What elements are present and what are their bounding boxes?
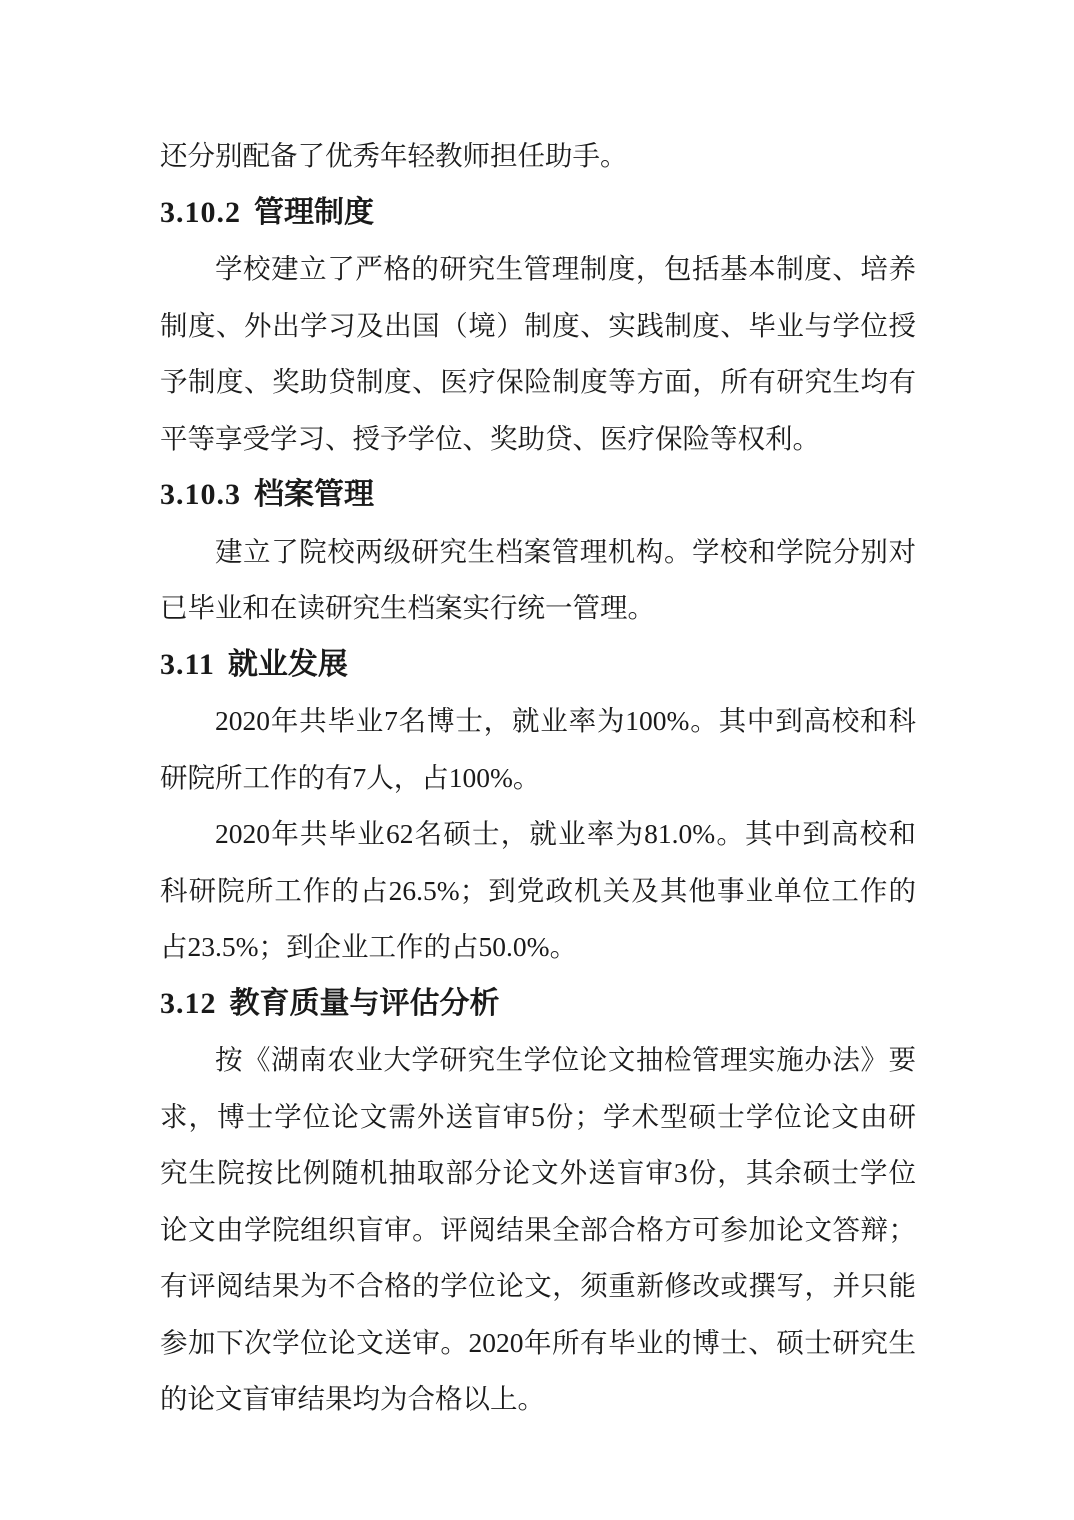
section-number: 3.10.3	[160, 478, 241, 511]
document-body: 还分别配备了优秀年轻教师担任助手。3.10.2管理制度学校建立了严格的研究生管理…	[160, 128, 916, 1428]
section-title: 就业发展	[228, 648, 348, 681]
paragraph-3: 建立了院校两级研究生档案管理机构。学校和学院分别对已毕业和在读研究生档案实行统一…	[160, 524, 916, 637]
section-number: 3.12	[160, 987, 217, 1020]
paragraph-5: 2020年共毕业62名硕士，就业率为81.0%。其中到高校和科研院所工作的占26…	[160, 806, 916, 976]
section-heading-3-10-3: 3.10.3档案管理	[160, 467, 916, 524]
section-heading-3-10-2: 3.10.2管理制度	[160, 185, 916, 242]
paragraph-2: 学校建立了严格的研究生管理制度，包括基本制度、培养制度、外出学习及出国（境）制度…	[160, 241, 916, 467]
paragraph-6: 按《湖南农业大学研究生学位论文抽检管理实施办法》要求，博士学位论文需外送盲审5份…	[160, 1032, 916, 1428]
section-heading-3-12: 3.12教育质量与评估分析	[160, 976, 916, 1033]
section-title: 管理制度	[254, 196, 374, 229]
section-number: 3.11	[160, 648, 215, 681]
section-number: 3.10.2	[160, 196, 241, 229]
section-title: 教育质量与评估分析	[230, 987, 500, 1020]
section-title: 档案管理	[254, 478, 374, 511]
paragraph-1: 还分别配备了优秀年轻教师担任助手。	[160, 128, 916, 185]
section-heading-3-11: 3.11就业发展	[160, 637, 916, 694]
paragraph-4: 2020年共毕业7名博士，就业率为100%。其中到高校和科研院所工作的有7人，占…	[160, 693, 916, 806]
document-page: 还分别配备了优秀年轻教师担任助手。3.10.2管理制度学校建立了严格的研究生管理…	[0, 0, 1074, 1520]
